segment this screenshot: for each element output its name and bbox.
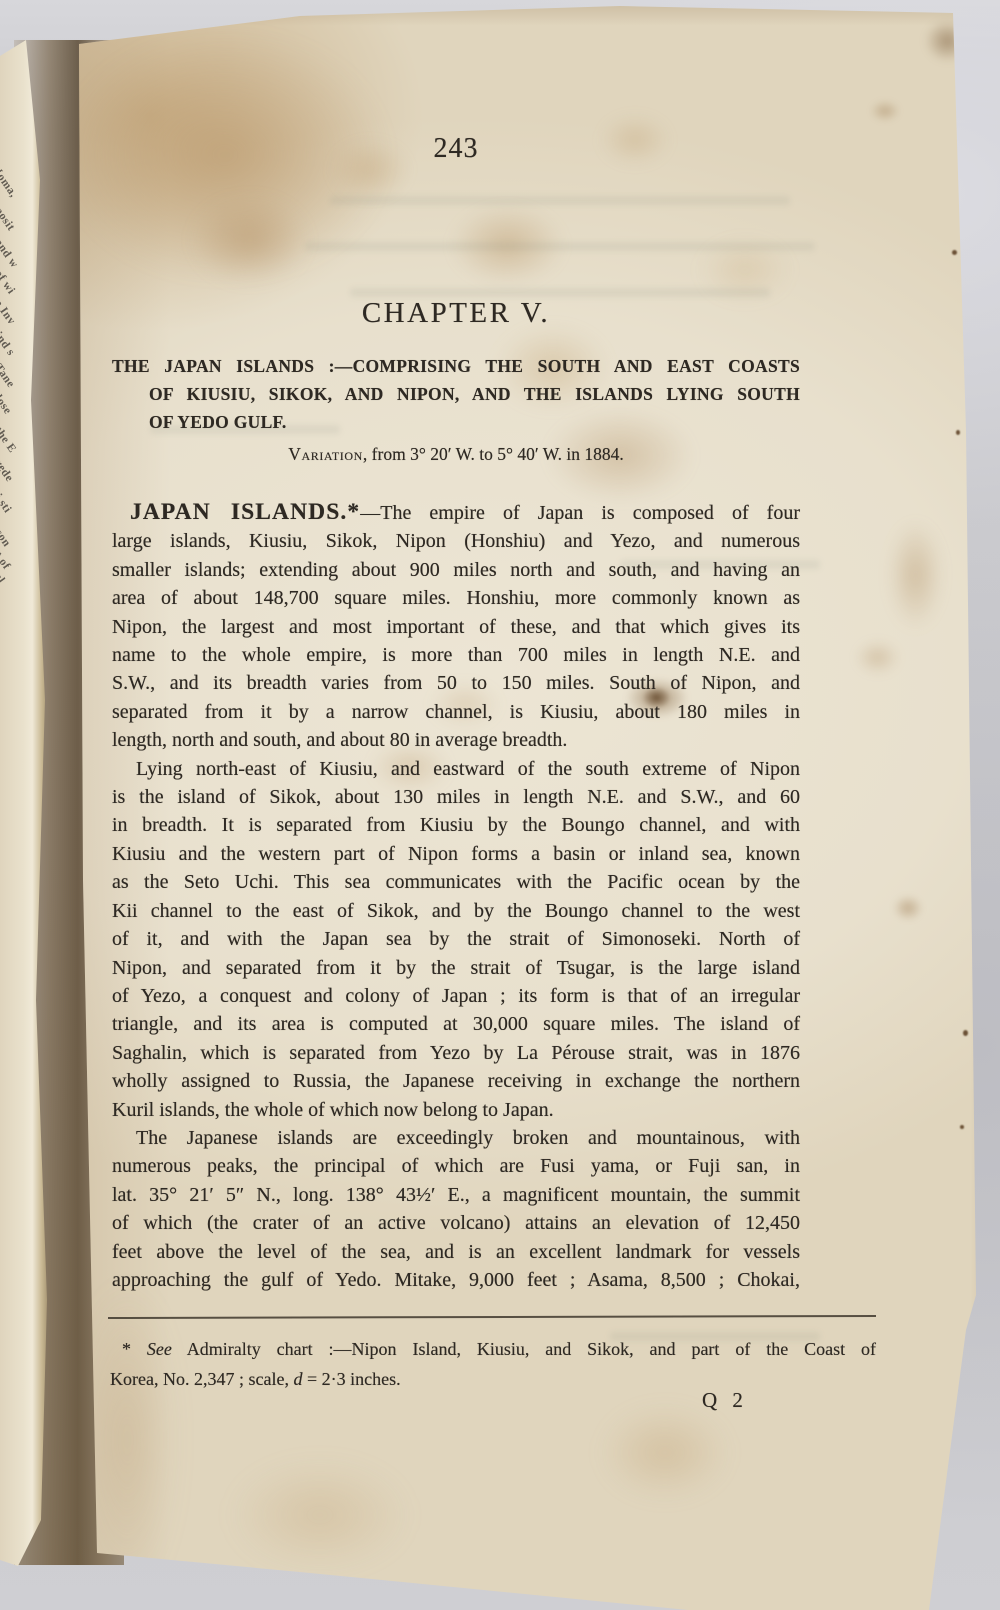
edge-text-fragment: and w bbox=[0, 237, 20, 270]
body-line: large islands, Kiusiu, Sikok, Nipon (Hon… bbox=[112, 527, 800, 555]
body-line: separated from it by a narrow channel, i… bbox=[112, 698, 800, 726]
body-line: of which (the crater of an active volcan… bbox=[112, 1209, 800, 1237]
body-line: numerous peaks, the principal of which a… bbox=[112, 1152, 800, 1180]
footnote: * See Admiralty chart :—Nipon Island, Ki… bbox=[110, 1334, 876, 1394]
chapter-heading: CHAPTER V. bbox=[112, 297, 800, 330]
body-line: Nipon, the largest and most important of… bbox=[112, 613, 800, 641]
show-through bbox=[330, 196, 790, 205]
edge-text-fragment: ind s bbox=[0, 330, 17, 358]
signature-mark: Q 2 bbox=[702, 1388, 743, 1413]
book-page: 243 CHAPTER V. THE JAPAN ISLANDS :—COMPR… bbox=[0, 0, 1000, 1610]
body-line: Lying north-east of Kiusiu, and eastward… bbox=[112, 755, 800, 783]
edge-text-fragment: [oma, bbox=[0, 168, 19, 200]
fox-stain bbox=[855, 640, 900, 675]
fox-stain bbox=[870, 100, 900, 122]
fox-stain bbox=[925, 20, 970, 62]
body-line: The Japanese islands are exceedingly bro… bbox=[112, 1124, 800, 1152]
body-line: wholly assigned to Russia, the Japanese … bbox=[112, 1067, 800, 1095]
edge-speck bbox=[956, 430, 960, 435]
edge-text-fragment: con bbox=[0, 527, 13, 549]
body-line: area of about 148,700 square miles. Hons… bbox=[112, 584, 800, 612]
body-line: JAPAN ISLANDS.*—The empire of Japan is c… bbox=[112, 498, 800, 527]
fox-stain bbox=[600, 1405, 730, 1500]
footnote-divider bbox=[108, 1315, 876, 1319]
show-through bbox=[350, 288, 770, 297]
footnote-line: * See Admiralty chart :—Nipon Island, Ki… bbox=[110, 1334, 876, 1364]
body-line: approaching the gulf of Yedo. Mitake, 9,… bbox=[112, 1266, 800, 1294]
edge-text-fragment: the E bbox=[0, 425, 18, 455]
footnote-text: Admiralty chart :—Nipon Island, Kiusiu, … bbox=[172, 1339, 876, 1359]
body-line: lat. 35° 21′ 5″ N., long. 138° 43½′ E., … bbox=[112, 1181, 800, 1209]
body-line: feet above the level of the sea, and is … bbox=[112, 1238, 800, 1266]
body-text: JAPAN ISLANDS.*—The empire of Japan is c… bbox=[112, 498, 800, 1294]
variation-note: Variation, from 3° 20′ W. to 5° 40′ W. i… bbox=[112, 444, 800, 465]
body-line: Kiusiu and the western part of Nipon for… bbox=[112, 840, 800, 868]
edge-speck bbox=[963, 1030, 968, 1036]
body-line: is the island of Sikok, about 130 miles … bbox=[112, 783, 800, 811]
title-line: OF KIUSIU, SIKOK, AND NIPON, AND THE ISL… bbox=[112, 380, 800, 408]
edge-text-fragment: t of bbox=[0, 550, 12, 572]
photo-background: [oma,positand wof wie Invind sTaneloseth… bbox=[0, 0, 1000, 1610]
body-line: in breadth. It is separated from Kiusiu … bbox=[112, 811, 800, 839]
edge-speck bbox=[960, 1125, 964, 1129]
edge-text-fragment: of wi bbox=[0, 268, 17, 297]
show-through bbox=[305, 242, 815, 251]
chapter-title: THE JAPAN ISLANDS :—COMPRISING THE SOUTH… bbox=[112, 352, 800, 436]
edge-text-fragment: posit bbox=[0, 205, 17, 233]
footnote-text: * bbox=[122, 1339, 147, 1359]
body-line: name to the whole empire, is more than 7… bbox=[112, 641, 800, 669]
fox-stain bbox=[190, 195, 310, 285]
body-line: of Yezo, a conquest and colony of Japan … bbox=[112, 982, 800, 1010]
body-line: smaller islands; extending about 900 mil… bbox=[112, 556, 800, 584]
edge-text-fragment: i sti bbox=[0, 492, 14, 515]
edge-text-fragment: sl bbox=[0, 572, 7, 586]
footnote-text: Korea, No. 2,347 ; scale, bbox=[110, 1369, 293, 1389]
edge-speck bbox=[952, 250, 957, 255]
title-line: THE JAPAN ISLANDS :—COMPRISING THE SOUTH… bbox=[112, 352, 800, 380]
body-line: Nipon, and separated from it by the stra… bbox=[112, 954, 800, 982]
variation-smallcaps: Variation bbox=[288, 444, 363, 464]
paragraph-lead: JAPAN ISLANDS.* bbox=[130, 499, 360, 525]
body-line: as the Seto Uchi. This sea communicates … bbox=[112, 868, 800, 896]
fox-stain bbox=[230, 1460, 410, 1570]
fox-stain bbox=[893, 895, 923, 921]
body-line: length, north and south, and about 80 in… bbox=[112, 726, 800, 754]
edge-text-fragment: Tane bbox=[0, 362, 17, 390]
footnote-line: Korea, No. 2,347 ; scale, d = 2·3 inches… bbox=[110, 1364, 876, 1394]
body-line: Kii channel to the east of Sikok, and by… bbox=[112, 897, 800, 925]
body-line: of it, and with the Japan sea by the str… bbox=[112, 925, 800, 953]
body-line: Saghalin, which is separated from Yezo b… bbox=[112, 1039, 800, 1067]
footnote-italic: See bbox=[147, 1339, 172, 1359]
body-line: Kuril islands, the whole of which now be… bbox=[112, 1096, 800, 1124]
edge-text-fragment: e Inv bbox=[0, 298, 18, 327]
page-number: 243 bbox=[112, 133, 800, 165]
edge-text-fragment: lose bbox=[0, 393, 14, 417]
variation-rest: , from 3° 20′ W. to 5° 40′ W. in 1884. bbox=[363, 444, 624, 464]
edge-text-fragment: rede bbox=[0, 458, 15, 484]
footnote-text: = 2·3 inches. bbox=[302, 1369, 400, 1389]
body-line: triangle, and its area is computed at 30… bbox=[112, 1010, 800, 1038]
edge-speck bbox=[939, 1580, 944, 1585]
body-line: S.W., and its breadth varies from 50 to … bbox=[112, 669, 800, 697]
fox-stain bbox=[888, 520, 943, 630]
title-line: OF YEDO GULF. bbox=[112, 408, 800, 436]
